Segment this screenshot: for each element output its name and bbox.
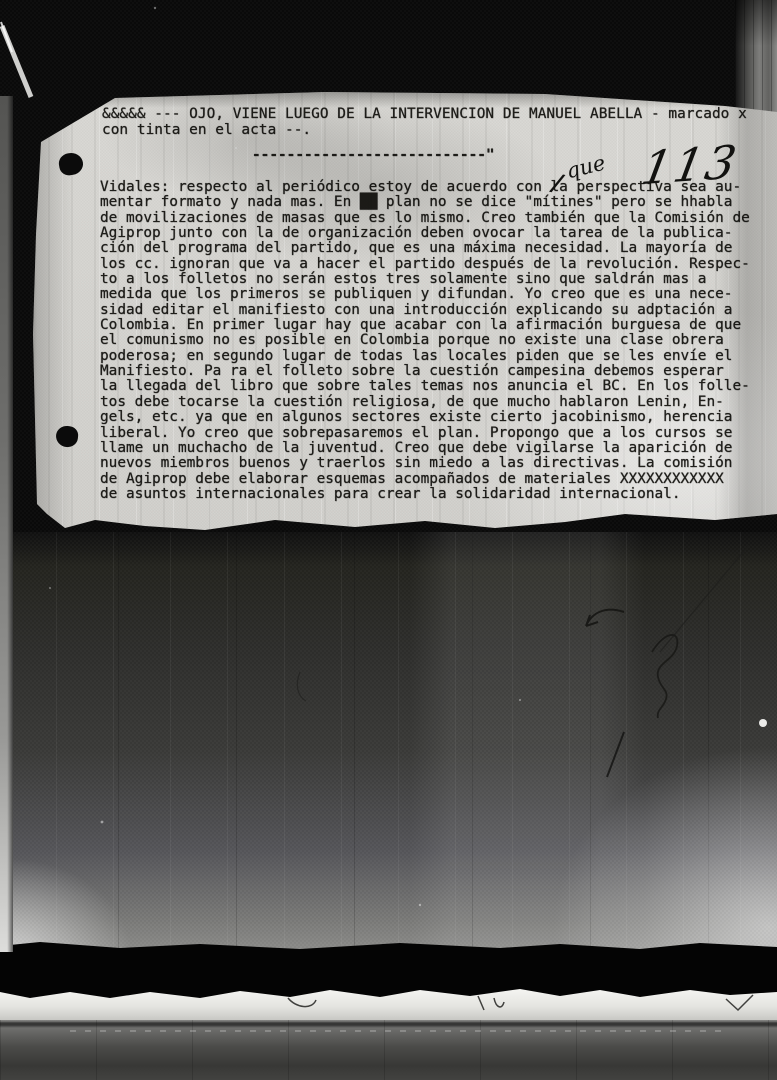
typed-text-line: de movilizaciones de masas que es lo mis… xyxy=(100,211,750,226)
heading-line-2: con tinta en el acta --. xyxy=(102,123,747,139)
typed-text-line: gels, etc. ya que en algunos sectores ex… xyxy=(100,410,750,425)
typed-text-line: Colombia. En primer lugar hay que acabar… xyxy=(100,318,750,333)
typed-heading: &&&&& --- OJO, VIENE LUEGO DE LA INTERVE… xyxy=(102,107,747,139)
typed-text-line: el comunismo no es posible en Colombia p… xyxy=(100,333,750,348)
typed-text-line: ción del programa del partido, que es un… xyxy=(100,241,750,256)
typed-text-line: la llegada del libro que sobre tales tem… xyxy=(100,379,750,394)
typed-text-line: poderosa; en segundo lugar de todas las … xyxy=(100,349,750,364)
typed-text-line: sidad editar el manifiesto con una intro… xyxy=(100,303,750,318)
typed-separator-line: ---------------------------" xyxy=(252,148,495,163)
typed-text-line: tos debe tocarse la cuestión religiosa, … xyxy=(100,395,750,410)
typed-text-line: llame un muchacho de la juventud. Creo q… xyxy=(100,441,750,456)
scan-bottom-grey-band xyxy=(0,1016,777,1080)
typed-text-line: medida que los primeros se publiquen y d… xyxy=(100,287,750,302)
handwritten-page-number: 113 xyxy=(637,135,742,195)
typed-text-line: liberal. Yo creo que sobrepasaremos el p… xyxy=(100,426,750,441)
typed-text-line: Manifiesto. Pa ra el folleto sobre la cu… xyxy=(100,364,750,379)
scan-bottom-scratch-line xyxy=(70,1030,730,1032)
scan-left-edge-strip xyxy=(0,96,13,952)
scan-lower-grey-area xyxy=(0,532,777,952)
typed-text-line: to a los folletos no serán estos tres so… xyxy=(100,272,750,287)
heading-line-1: &&&&& --- OJO, VIENE LUEGO DE LA INTERVE… xyxy=(102,107,747,123)
scanned-document-page: &&&&& --- OJO, VIENE LUEGO DE LA INTERVE… xyxy=(0,0,777,1080)
typed-text-line: de Agiprop debe elaborar esquemas acompa… xyxy=(100,472,750,487)
typed-text-line: mentar formato y nada mas. En ██ plan no… xyxy=(100,195,750,210)
typed-body-paragraph: Vidales: respecto al periódico estoy de … xyxy=(100,180,750,502)
typed-text-line: nuevos miembros buenos y traerlos sin mi… xyxy=(100,456,750,471)
typed-text-line: los cc. ignoran que va a hacer el partid… xyxy=(100,257,750,272)
typed-text-line: de asuntos internacionales para crear la… xyxy=(100,487,750,502)
